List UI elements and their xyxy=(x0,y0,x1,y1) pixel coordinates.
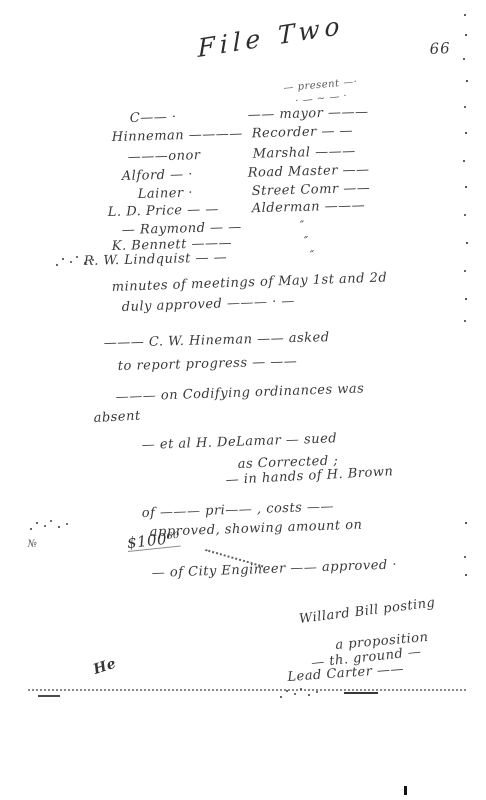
signature-underline xyxy=(344,691,378,694)
scan-noise-speckles xyxy=(36,522,38,524)
claim-amount: $100⁶⁰ xyxy=(126,531,181,552)
signature-line: Willard Bill posting xyxy=(298,596,436,626)
signature-line: Lead Carter —— xyxy=(287,663,404,684)
scan-noise-right-edge xyxy=(464,14,466,16)
ditto-mark: ″ xyxy=(300,219,305,231)
warrant-paragraph-line: — et al H. DeLamar — sued xyxy=(142,432,338,452)
committee-paragraph-line: to report progress — —— xyxy=(118,355,298,373)
codifying-paragraph-line: ——— on Codifying ordinances was xyxy=(116,382,365,404)
footer-scribble: He xyxy=(92,657,118,677)
scan-noise-speckles xyxy=(286,690,288,692)
roll-call-row: C—— · —— mayor ——— xyxy=(130,103,460,125)
claim-paragraph-line: of ——— pri—— , costs —— xyxy=(142,500,335,520)
minutes-paragraph-line: minutes of meetings of May 1st and 2d xyxy=(112,271,388,294)
roll-call-row: ———onor Marshal ——— xyxy=(128,142,458,164)
codifying-paragraph-line: absent xyxy=(93,410,141,425)
officer-name: C—— · xyxy=(130,110,177,126)
roll-call-row: Alford — · Road Master —— xyxy=(122,161,462,183)
officer-title: Street Comr —— xyxy=(252,182,371,198)
claim-margin-mark: № xyxy=(27,539,38,550)
officer-name: L. D. Price — — xyxy=(108,202,219,220)
officer-title: Marshal ——— xyxy=(253,145,356,161)
scan-noise-dash xyxy=(38,694,60,697)
officer-name: ———onor xyxy=(128,148,201,165)
officer-name: Hinneman ———— xyxy=(112,127,243,145)
scan-noise-speckles xyxy=(62,258,64,260)
officer-title: Recorder — — xyxy=(252,125,354,141)
minutes-paragraph-line: duly approved ——— · — xyxy=(122,295,296,314)
officer-title: Road Master —— xyxy=(248,164,370,180)
scan-noise-corner-tick xyxy=(404,786,407,795)
claim-paragraph-line: approved, showing amount on xyxy=(150,519,363,539)
scanned-manuscript-page: File Two 66 — present —· · — ~ — · C—— ·… xyxy=(0,0,486,800)
committee-paragraph-line: ——— C. W. Hineman —— asked xyxy=(104,331,330,350)
page-title-script: File Two xyxy=(198,13,345,61)
officer-name: R. W. Lindquist — — xyxy=(84,250,228,269)
officer-name: Lainer · xyxy=(138,186,193,202)
roll-call-row: Hinneman ———— Recorder — — xyxy=(112,122,452,144)
officer-name: Alford — · xyxy=(122,167,193,184)
scan-noise-baseline xyxy=(28,688,466,691)
page-number: 66 xyxy=(429,41,451,57)
officer-title: Alderman ——— xyxy=(252,199,366,215)
officer-title: —— mayor ——— xyxy=(248,106,369,122)
ditto-mark: ″ xyxy=(310,249,315,261)
engineer-paragraph-line: — of City Engineer —— approved · xyxy=(152,558,398,580)
ditto-mark: ″ xyxy=(304,235,309,247)
